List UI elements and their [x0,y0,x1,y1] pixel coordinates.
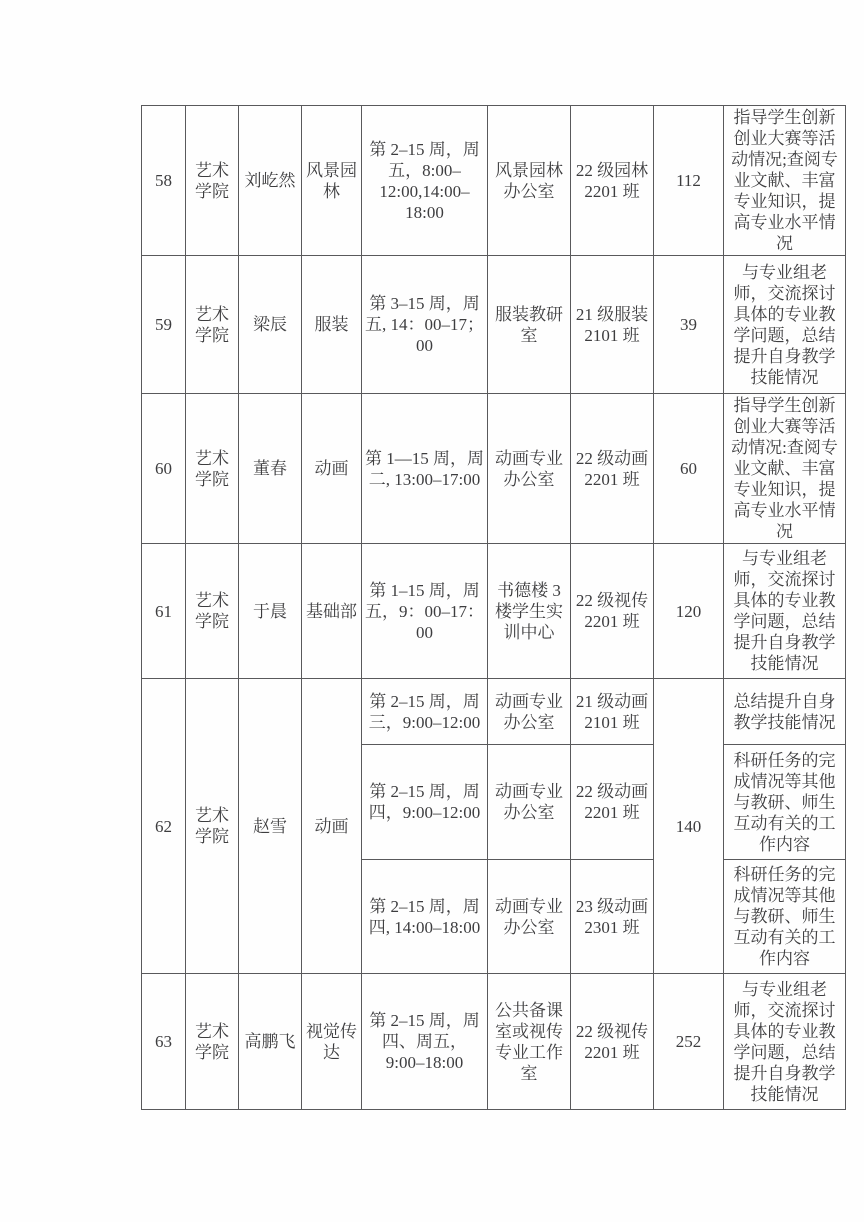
cell-class: 23 级动画 2301 班 [571,860,654,974]
cell-location: 公共备课室或视传专业工作室 [488,974,571,1110]
cell-content: 指导学生创新创业大赛等活动情况;查阅专业文献、丰富专业知识，提高专业水平情况 [724,106,846,256]
cell-class: 22 级园林 2201 班 [571,106,654,256]
cell-row-number: 60 [142,394,186,544]
cell-row-number: 62 [142,679,186,974]
table-row: 62 艺术学院 赵雪 动画 第 2–15 周，周三，9:00–12:00 动画专… [142,679,846,745]
cell-hours: 112 [654,106,724,256]
cell-college: 艺术学院 [186,974,239,1110]
cell-teacher-name: 赵雪 [239,679,302,974]
cell-time: 第 2–15 周，周四, 14:00–18:00 [362,860,488,974]
cell-hours: 120 [654,544,724,679]
cell-content: 与专业组老师，交流探讨具体的专业教学问题，总结提升自身教学技能情况 [724,256,846,394]
cell-time: 第 1—15 周，周二, 13:00–17:00 [362,394,488,544]
cell-row-number: 61 [142,544,186,679]
cell-time: 第 2–15 周，周四、周五，9:00–18:00 [362,974,488,1110]
cell-content: 科研任务的完成情况等其他与教研、师生互动有关的工作内容 [724,860,846,974]
cell-teacher-name: 刘屹然 [239,106,302,256]
cell-time: 第 3–15 周，周五, 14：00–17；00 [362,256,488,394]
cell-content: 总结提升自身教学技能情况 [724,679,846,745]
cell-class: 22 级视传 2201 班 [571,544,654,679]
table-row: 60 艺术学院 董春 动画 第 1—15 周，周二, 13:00–17:00 动… [142,394,846,544]
cell-content: 与专业组老师，交流探讨具体的专业教学问题，总结提升自身教学技能情况 [724,544,846,679]
cell-teacher-name: 于晨 [239,544,302,679]
cell-major: 服装 [302,256,362,394]
cell-college: 艺术学院 [186,544,239,679]
cell-hours: 39 [654,256,724,394]
cell-content: 与专业组老师，交流探讨具体的专业教学问题，总结提升自身教学技能情况 [724,974,846,1110]
cell-row-number: 63 [142,974,186,1110]
cell-hours: 60 [654,394,724,544]
cell-college: 艺术学院 [186,256,239,394]
cell-location: 风景园林办公室 [488,106,571,256]
cell-teacher-name: 梁辰 [239,256,302,394]
cell-major: 基础部 [302,544,362,679]
cell-teacher-name: 董春 [239,394,302,544]
cell-content: 指导学生创新创业大赛等活动情况:查阅专业文献、丰富专业知识，提高专业水平情况 [724,394,846,544]
cell-location: 书德楼 3 楼学生实训中心 [488,544,571,679]
table-row: 59 艺术学院 梁辰 服装 第 3–15 周，周五, 14：00–17；00 服… [142,256,846,394]
cell-hours: 252 [654,974,724,1110]
cell-time: 第 2–15 周，周五，8:00–12:00,14:00–18:00 [362,106,488,256]
cell-class: 22 级动画 2201 班 [571,745,654,860]
schedule-table: 58 艺术学院 刘屹然 风景园林 第 2–15 周，周五，8:00–12:00,… [141,105,846,1110]
cell-major: 动画 [302,679,362,974]
cell-location: 服装教研室 [488,256,571,394]
cell-college: 艺术学院 [186,679,239,974]
cell-location: 动画专业办公室 [488,745,571,860]
cell-time: 第 1–15 周，周五，9：00–17：00 [362,544,488,679]
cell-location: 动画专业办公室 [488,394,571,544]
cell-location: 动画专业办公室 [488,860,571,974]
cell-major: 动画 [302,394,362,544]
cell-class: 22 级动画 2201 班 [571,394,654,544]
cell-class: 21 级服装 2101 班 [571,256,654,394]
table-row: 58 艺术学院 刘屹然 风景园林 第 2–15 周，周五，8:00–12:00,… [142,106,846,256]
cell-college: 艺术学院 [186,394,239,544]
cell-major: 视觉传达 [302,974,362,1110]
cell-college: 艺术学院 [186,106,239,256]
table-row: 61 艺术学院 于晨 基础部 第 1–15 周，周五，9：00–17：00 书德… [142,544,846,679]
document-page: 58 艺术学院 刘屹然 风景园林 第 2–15 周，周五，8:00–12:00,… [0,0,864,1222]
cell-hours: 140 [654,679,724,974]
cell-content: 科研任务的完成情况等其他与教研、师生互动有关的工作内容 [724,745,846,860]
table-row: 63 艺术学院 高鹏飞 视觉传达 第 2–15 周，周四、周五，9:00–18:… [142,974,846,1110]
cell-time: 第 2–15 周，周三，9:00–12:00 [362,679,488,745]
cell-class: 21 级动画 2101 班 [571,679,654,745]
cell-class: 22 级视传 2201 班 [571,974,654,1110]
cell-location: 动画专业办公室 [488,679,571,745]
cell-teacher-name: 高鹏飞 [239,974,302,1110]
cell-time: 第 2–15 周，周四，9:00–12:00 [362,745,488,860]
cell-row-number: 58 [142,106,186,256]
cell-major: 风景园林 [302,106,362,256]
cell-row-number: 59 [142,256,186,394]
